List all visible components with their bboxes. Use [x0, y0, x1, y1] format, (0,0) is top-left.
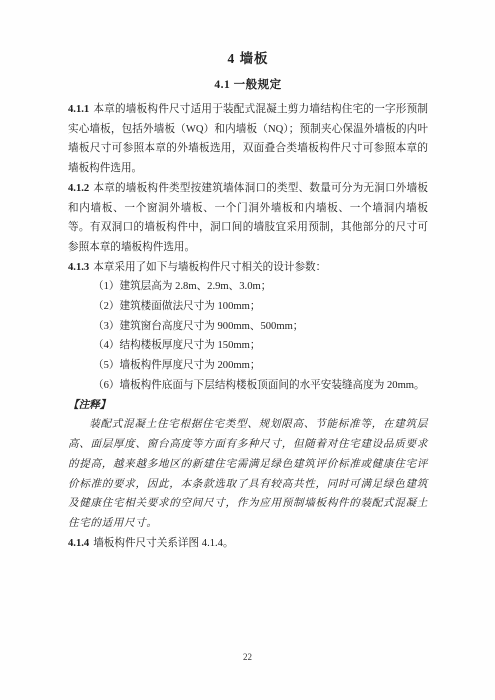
list-item: （1）建筑层高为 2.8m、2.9m、3.0m；	[68, 277, 428, 297]
note-text: 装配式混凝土住宅根据住宅类型、规划限高、节能标准等，在建筑层高、面层厚度、窗台高…	[68, 415, 428, 534]
clause-4-1-4-text: 墙板构件尺寸关系详图 4.1.4。	[93, 538, 233, 549]
page-number: 22	[0, 652, 495, 662]
list-item: （6）墙板构件底面与下层结构楼板顶面间的水平安装缝高度为 20mm。	[68, 376, 428, 396]
clause-4-1-1: 4.1.1本章的墙板构件尺寸适用于装配式混凝土剪力墙结构住宅的一字形预制实心墙板…	[68, 100, 428, 179]
clause-4-1-2: 4.1.2本章的墙板构件类型按建筑墙体洞口的类型、数量可分为无洞口外墙板和内墙板…	[68, 179, 428, 258]
clause-4-1-1-number: 4.1.1	[68, 104, 93, 115]
clause-4-1-1-text: 本章的墙板构件尺寸适用于装配式混凝土剪力墙结构住宅的一字形预制实心墙板，包括外墙…	[68, 104, 428, 174]
list-item: （2）建筑楼面做法尺寸为 100mm；	[68, 297, 428, 317]
design-parameters-list: （1）建筑层高为 2.8m、2.9m、3.0m； （2）建筑楼面做法尺寸为 10…	[68, 277, 428, 395]
clause-4-1-2-text: 本章的墙板构件类型按建筑墙体洞口的类型、数量可分为无洞口外墙板和内墙板、一个窗洞…	[68, 183, 428, 253]
chapter-title: 4 墙板	[68, 50, 428, 68]
document-page: 4 墙板 4.1 一般规定 4.1.1本章的墙板构件尺寸适用于装配式混凝土剪力墙…	[0, 0, 495, 700]
clause-4-1-3-text: 本章采用了如下与墙板构件尺寸相关的设计参数：	[93, 262, 326, 273]
section-title: 4.1 一般规定	[68, 77, 428, 93]
clause-4-1-4: 4.1.4墙板构件尺寸关系详图 4.1.4。	[68, 534, 428, 554]
list-item: （4）结构楼板厚度尺寸为 150mm；	[68, 336, 428, 356]
clause-4-1-3: 4.1.3本章采用了如下与墙板构件尺寸相关的设计参数：	[68, 258, 428, 278]
list-item: （5）墙板构件厚度尺寸为 200mm；	[68, 356, 428, 376]
clause-4-1-4-number: 4.1.4	[68, 538, 93, 549]
clause-4-1-2-number: 4.1.2	[68, 183, 93, 194]
clause-4-1-3-number: 4.1.3	[68, 262, 93, 273]
note-label: 【注释】	[68, 396, 428, 416]
list-item: （3）建筑窗台高度尺寸为 900mm、500mm；	[68, 317, 428, 337]
